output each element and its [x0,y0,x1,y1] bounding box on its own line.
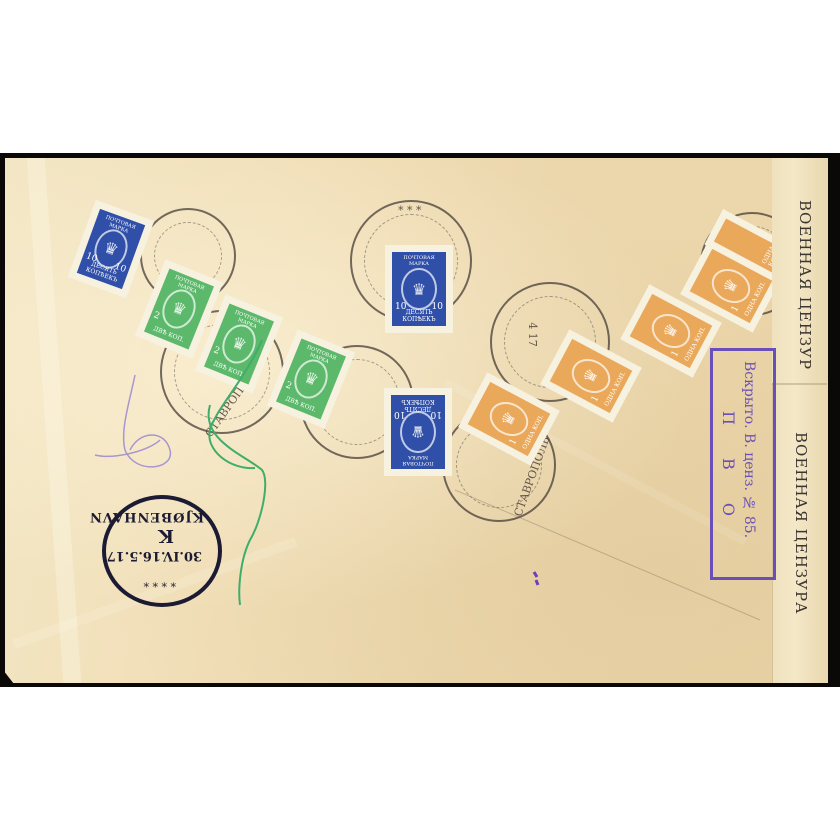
pencil-marks [0,0,840,840]
